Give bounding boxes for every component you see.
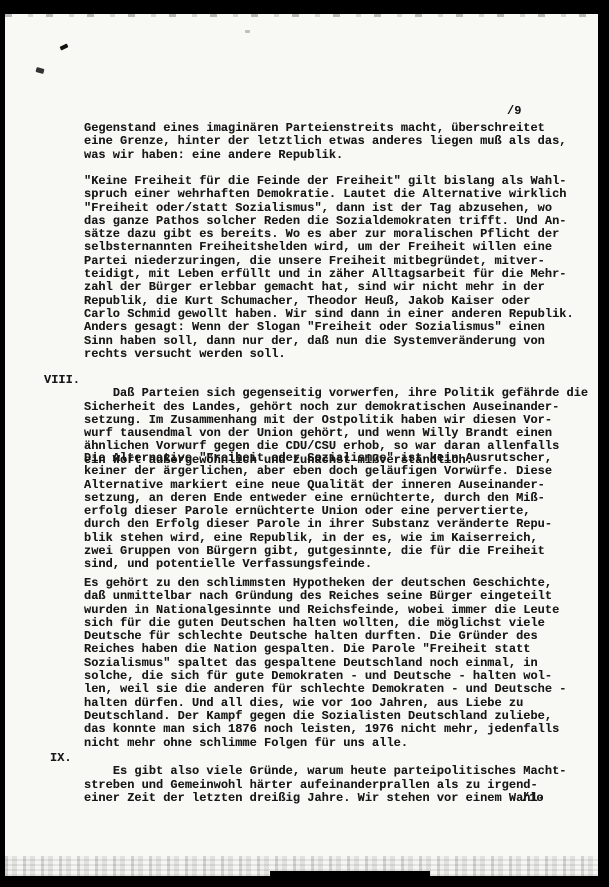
document-page: /9 Gegenstand eines imaginären Parteiens…: [5, 14, 598, 876]
paragraph: Es gehört zu den schlimmsten Hypotheken …: [84, 577, 566, 750]
section-marker-viii: VIII.: [44, 374, 80, 387]
scan-artifact-top-edge: [5, 14, 598, 17]
page-number-footer: /1o: [522, 792, 544, 805]
paragraph: "Keine Freiheit für die Feinde der Freih…: [84, 175, 574, 361]
scan-artifact-speck: [245, 30, 250, 33]
page-number-header: /9: [507, 105, 521, 118]
scan-artifact-speck: [60, 43, 69, 50]
paragraph: Es gibt also viele Gründe, warum heute p…: [84, 764, 567, 805]
paragraph: Die Alternative "Freiheit oder Sozialism…: [84, 452, 552, 572]
scan-artifact-speck: [35, 67, 44, 74]
scan-artifact-bottom-bar: [270, 871, 430, 876]
section-marker-ix: IX.: [50, 752, 72, 765]
paragraph: Gegenstand eines imaginären Parteienstre…: [84, 122, 566, 162]
section-ix: IX.Es gibt also viele Gründe, warum heut…: [84, 752, 567, 818]
